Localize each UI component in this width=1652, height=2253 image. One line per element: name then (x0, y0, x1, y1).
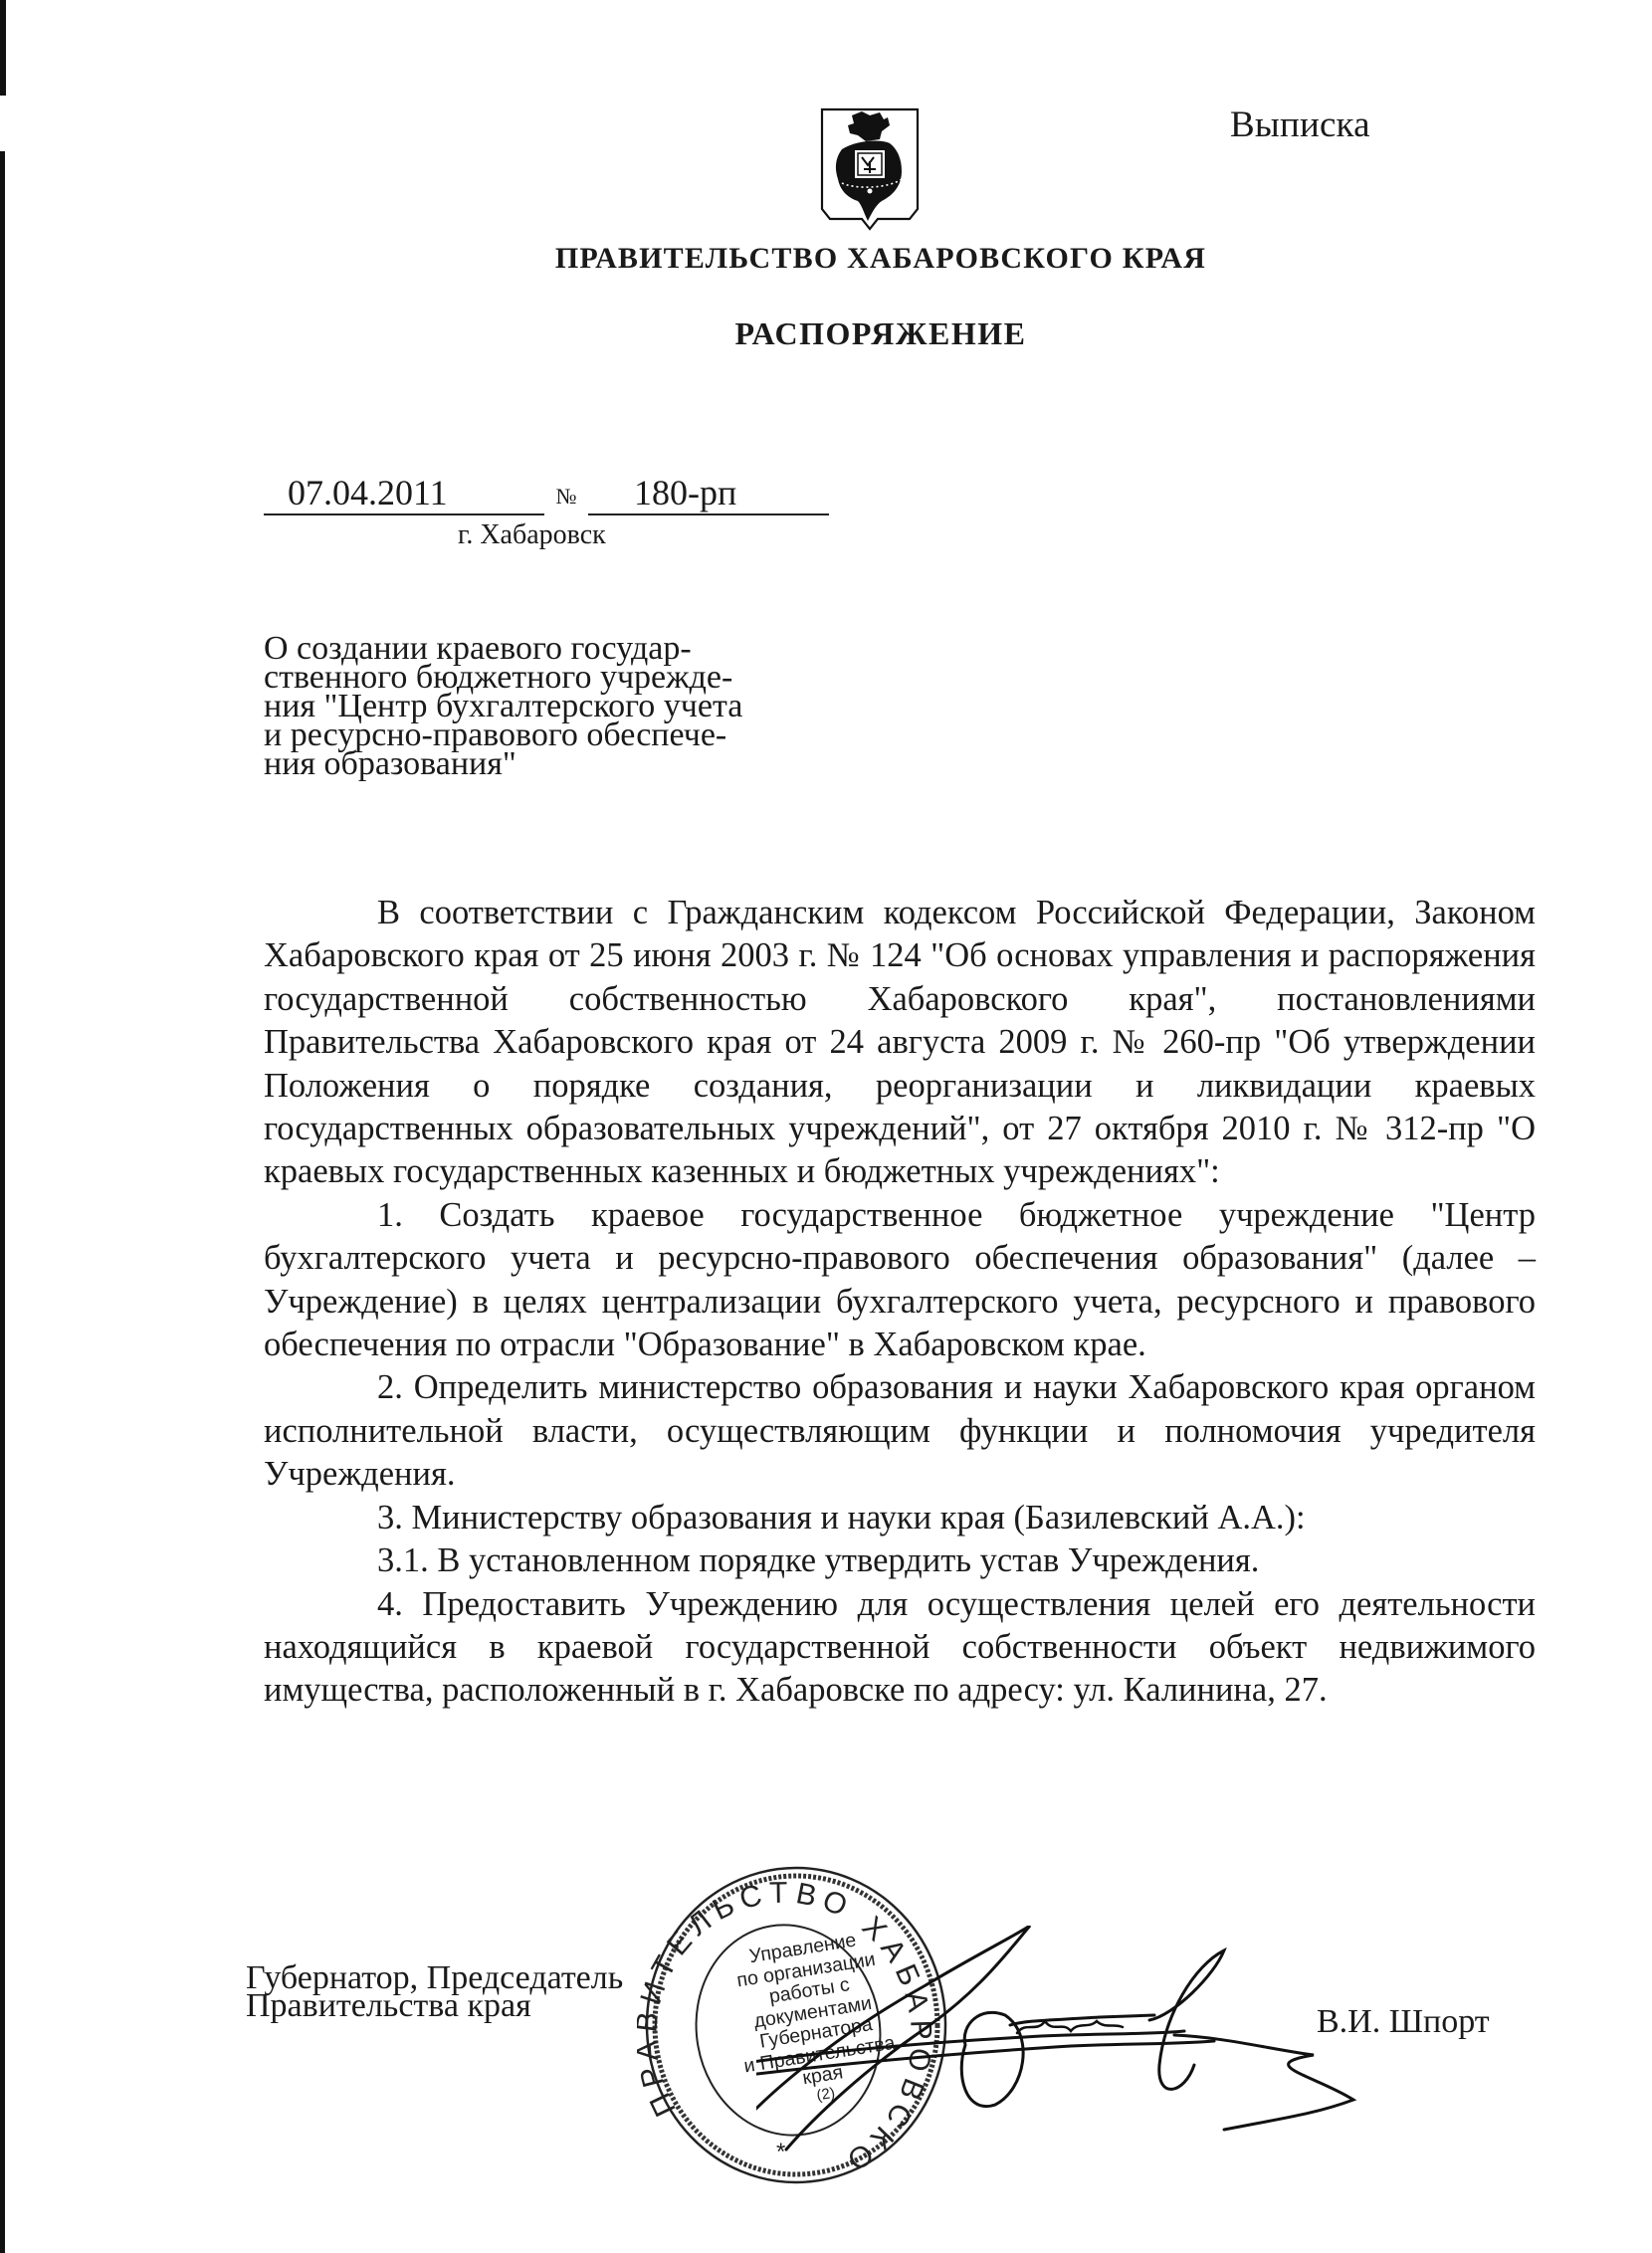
clause-3: 3. Министерству образования и науки края… (264, 1497, 1536, 1539)
clause-2: 2. Определить министерство образования и… (264, 1366, 1536, 1496)
clause-1: 1. Создать краевое государственное бюдже… (264, 1194, 1536, 1367)
coat-of-arms-icon (818, 105, 922, 233)
scan-edge (0, 151, 5, 2253)
document-number: 180-рп (588, 472, 829, 515)
subject-line: ния образования" (264, 749, 813, 778)
signatory-title-line: Правительства края (246, 1992, 623, 2020)
clause-4: 4. Предоставить Учреждению для осуществл… (264, 1583, 1536, 1713)
extract-mark: Выписка (1230, 103, 1370, 146)
document-type-title: РАСПОРЯЖЕНИЕ (0, 315, 1652, 352)
document-date: 07.04.2011 (264, 472, 544, 515)
issuer-title: ПРАВИТЕЛЬСТВО ХАБАРОВСКОГО КРАЯ (0, 242, 1652, 276)
document-body: В соответствии с Гражданским кодексом Ро… (264, 892, 1536, 1713)
handwritten-signature-icon (756, 1926, 1473, 2154)
number-sign: № (546, 484, 586, 510)
preamble-paragraph: В соответствии с Гражданским кодексом Ро… (264, 892, 1536, 1194)
document-subject: О создании краевого государ- ственного б… (264, 634, 813, 778)
clause-3-1: 3.1. В установленном порядке утвердить у… (264, 1539, 1536, 1582)
signatory-title: Губернатор, Председатель Правительства к… (246, 1964, 623, 2020)
document-city: г. Хабаровск (458, 519, 606, 551)
scan-edge (0, 0, 6, 96)
